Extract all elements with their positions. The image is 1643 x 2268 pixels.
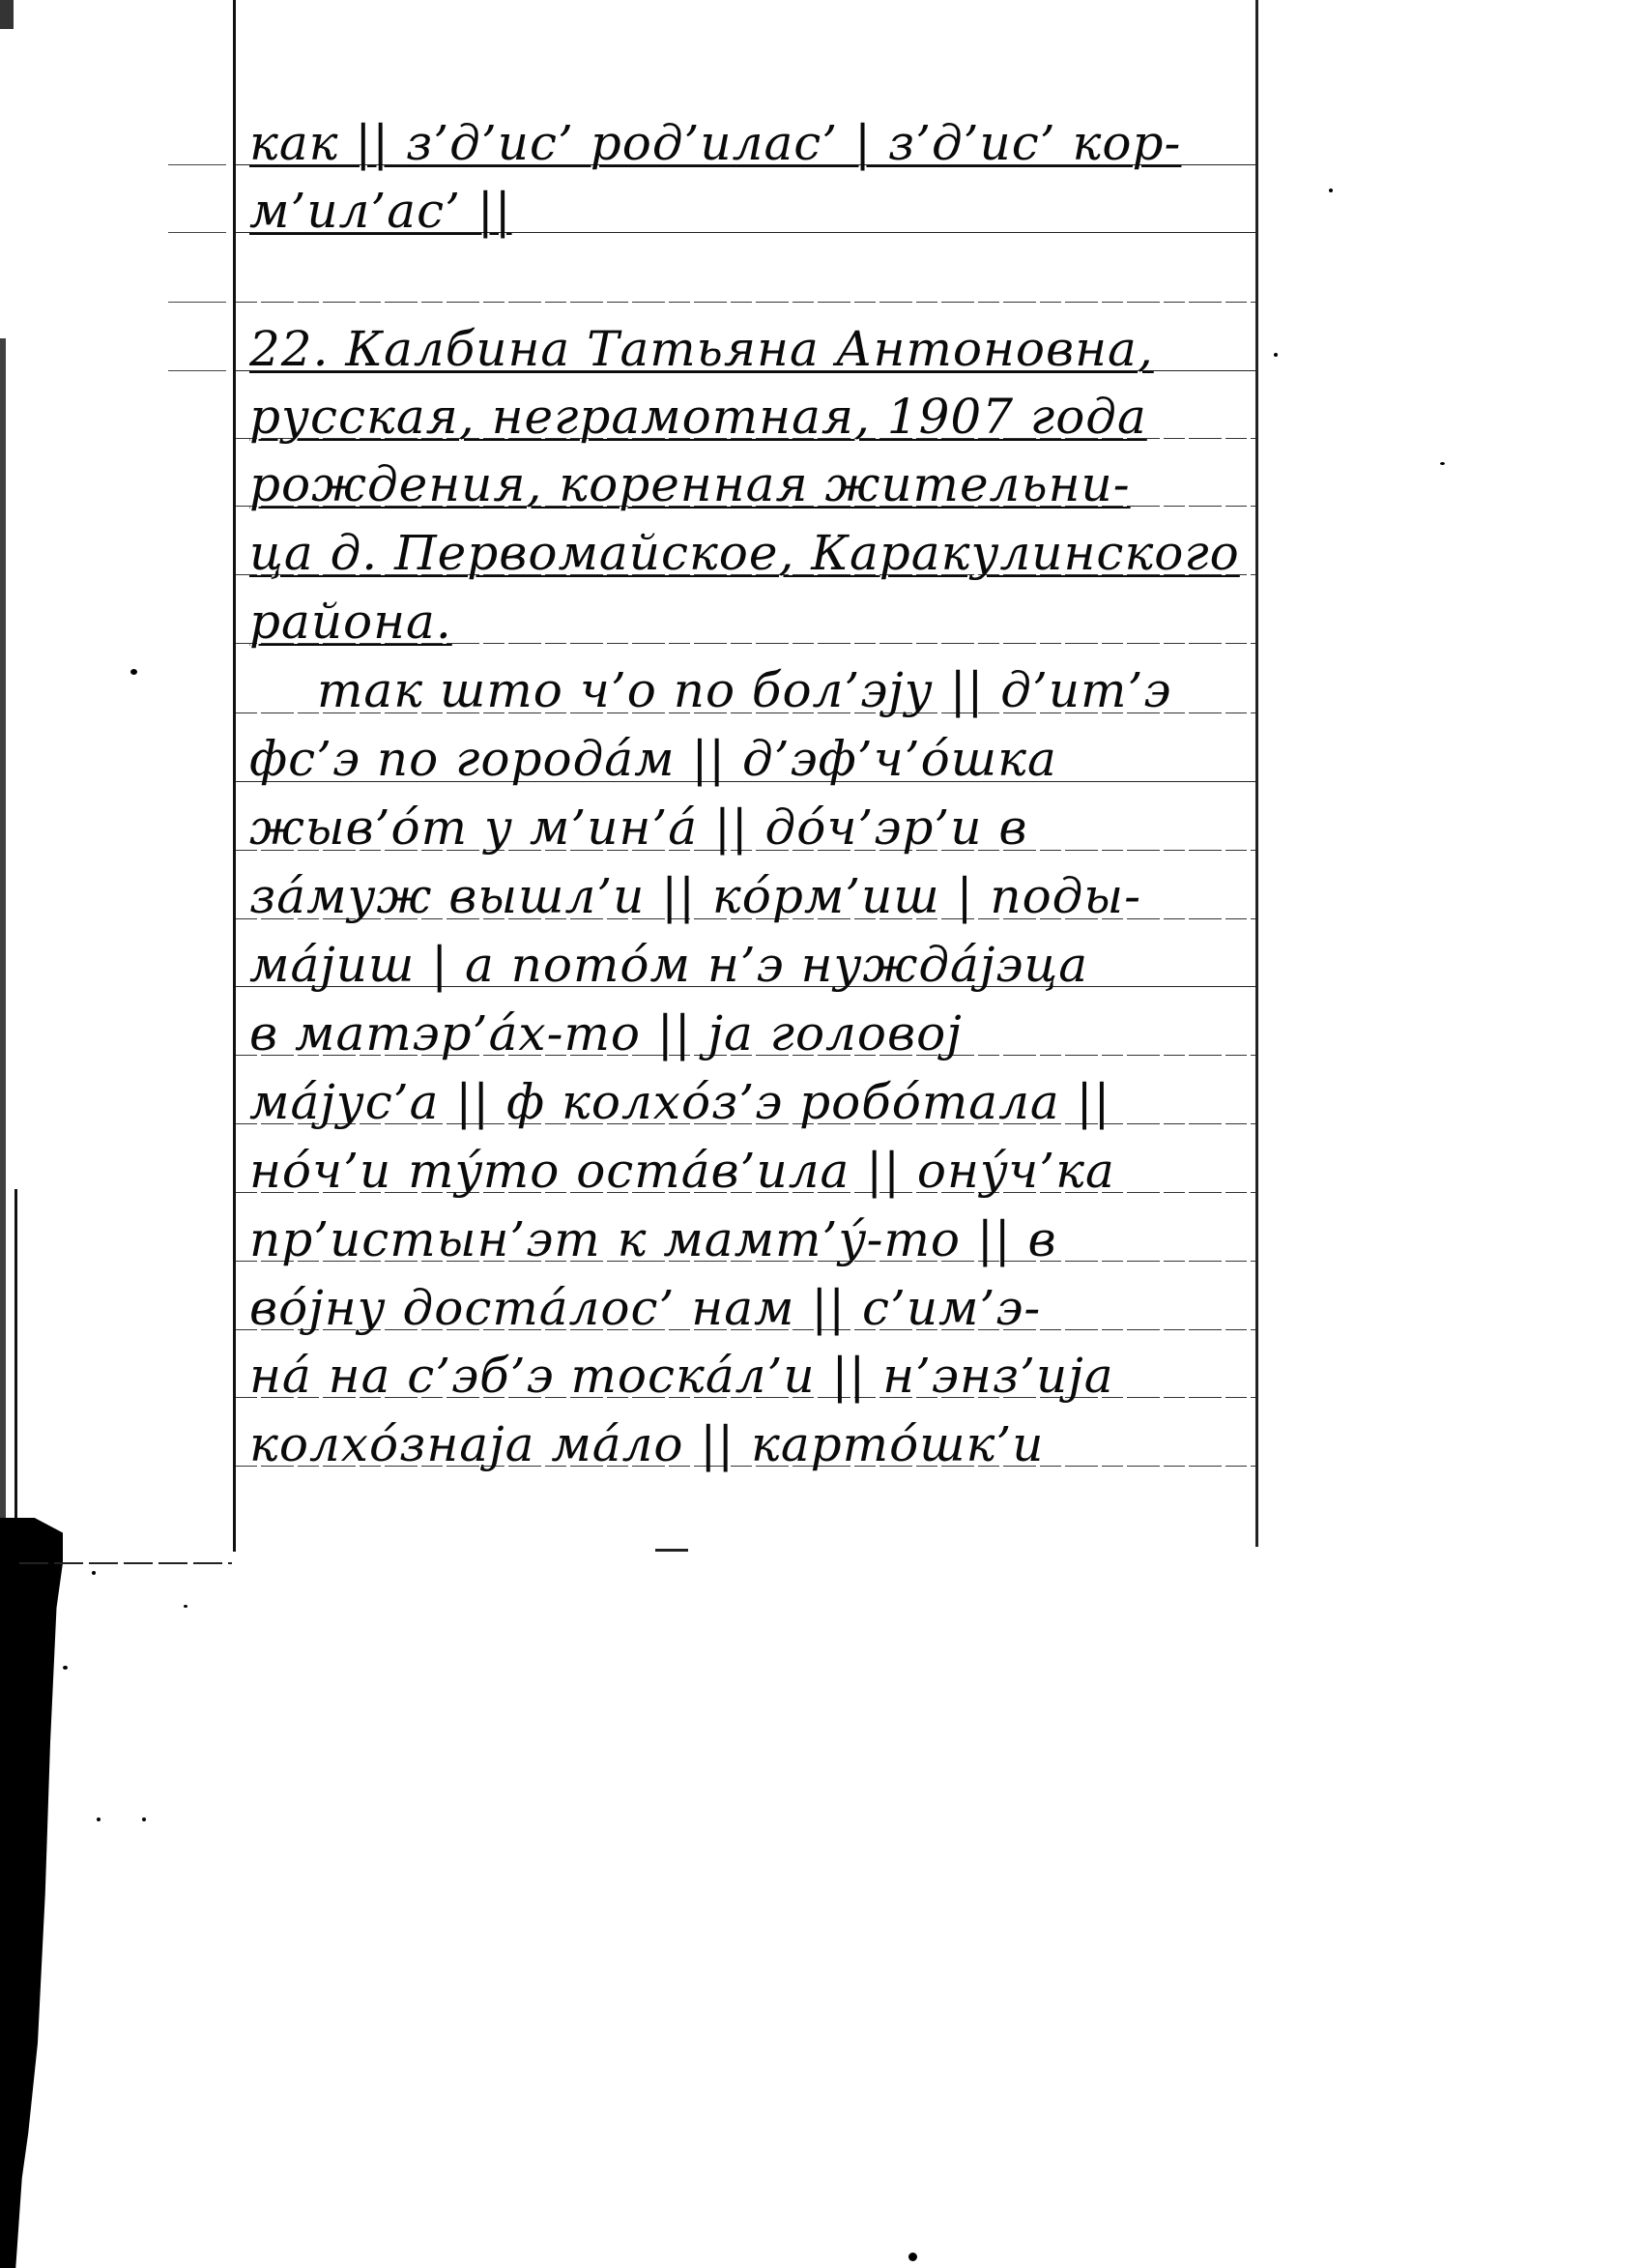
scan-speck [92,1571,96,1575]
record-header-line: русская, неграмотная, 1907 года [249,382,1254,451]
handwritten-line: в матэр’áх-то || ја головој [249,999,1254,1068]
scan-speck [63,1666,68,1670]
handwritten-line: мáјус’а || ф колхóз’э робóтала || [249,1067,1254,1137]
handwritten-line: нá на с’эб’э тоскáл’и || н’энз’ија [249,1341,1254,1410]
scan-speck [142,1817,146,1821]
scan-speck [1329,189,1333,192]
scanner-edge-line [14,1189,17,1547]
scan-speck [184,1605,187,1608]
scan-speck [908,2253,917,2261]
handwritten-line: колхóзнаја мáло || картóшк’и [249,1410,1254,1479]
scan-speck [1440,462,1445,465]
record-header-line: рождения, коренная жительни- [249,450,1254,519]
handwritten-line: жыв’óт у м’ин’á || дóч’эр’и в [249,793,1254,862]
ruled-line [236,302,1255,303]
handwritten-line: так што ч’о по бол’эју || д’ит’э [249,655,1254,725]
scan-speck [1274,353,1278,357]
handwritten-line: мáјиш | а потóм н’э нуждáјэца [249,930,1254,1000]
handwritten-line: как || з’д’ис’ род’илас’ | з’д’ис’ кор- [249,108,1254,178]
handwritten-line: вóјну достáлос’ нам || с’им’э- [249,1273,1254,1343]
record-header-line: района. [249,587,1254,656]
scanned-page: как || з’д’ис’ род’илас’ | з’д’ис’ кор- … [0,0,1643,2268]
scanner-shadow-edge [0,338,10,1527]
page-right-border [1255,0,1258,1547]
handwritten-line: зáмуж вышл’и || кóрм’иш | поды- [249,861,1254,931]
scan-speck [97,1817,101,1821]
scanner-shadow-top [0,0,14,29]
bottom-dash-mark [655,1549,688,1552]
scanner-shadow-bottom [0,1518,63,2268]
handwritten-line: пр’истын’эт к мамт’ý-то || в [249,1205,1254,1274]
bottom-rule [19,1562,232,1564]
handwritten-line: нóч’и тýто остáв’ила || онýч’ка [249,1136,1254,1206]
scan-speck [130,669,137,675]
record-header-line: ца д. Первомайское, Каракулинского [249,518,1254,588]
handwritten-line: м’ил’ас’ || [249,176,1254,246]
handwritten-line: фс’э по городáм || д’эф’ч’óшка [249,724,1254,794]
record-header-line: 22. Калбина Татьяна Антоновна, [249,314,1254,384]
